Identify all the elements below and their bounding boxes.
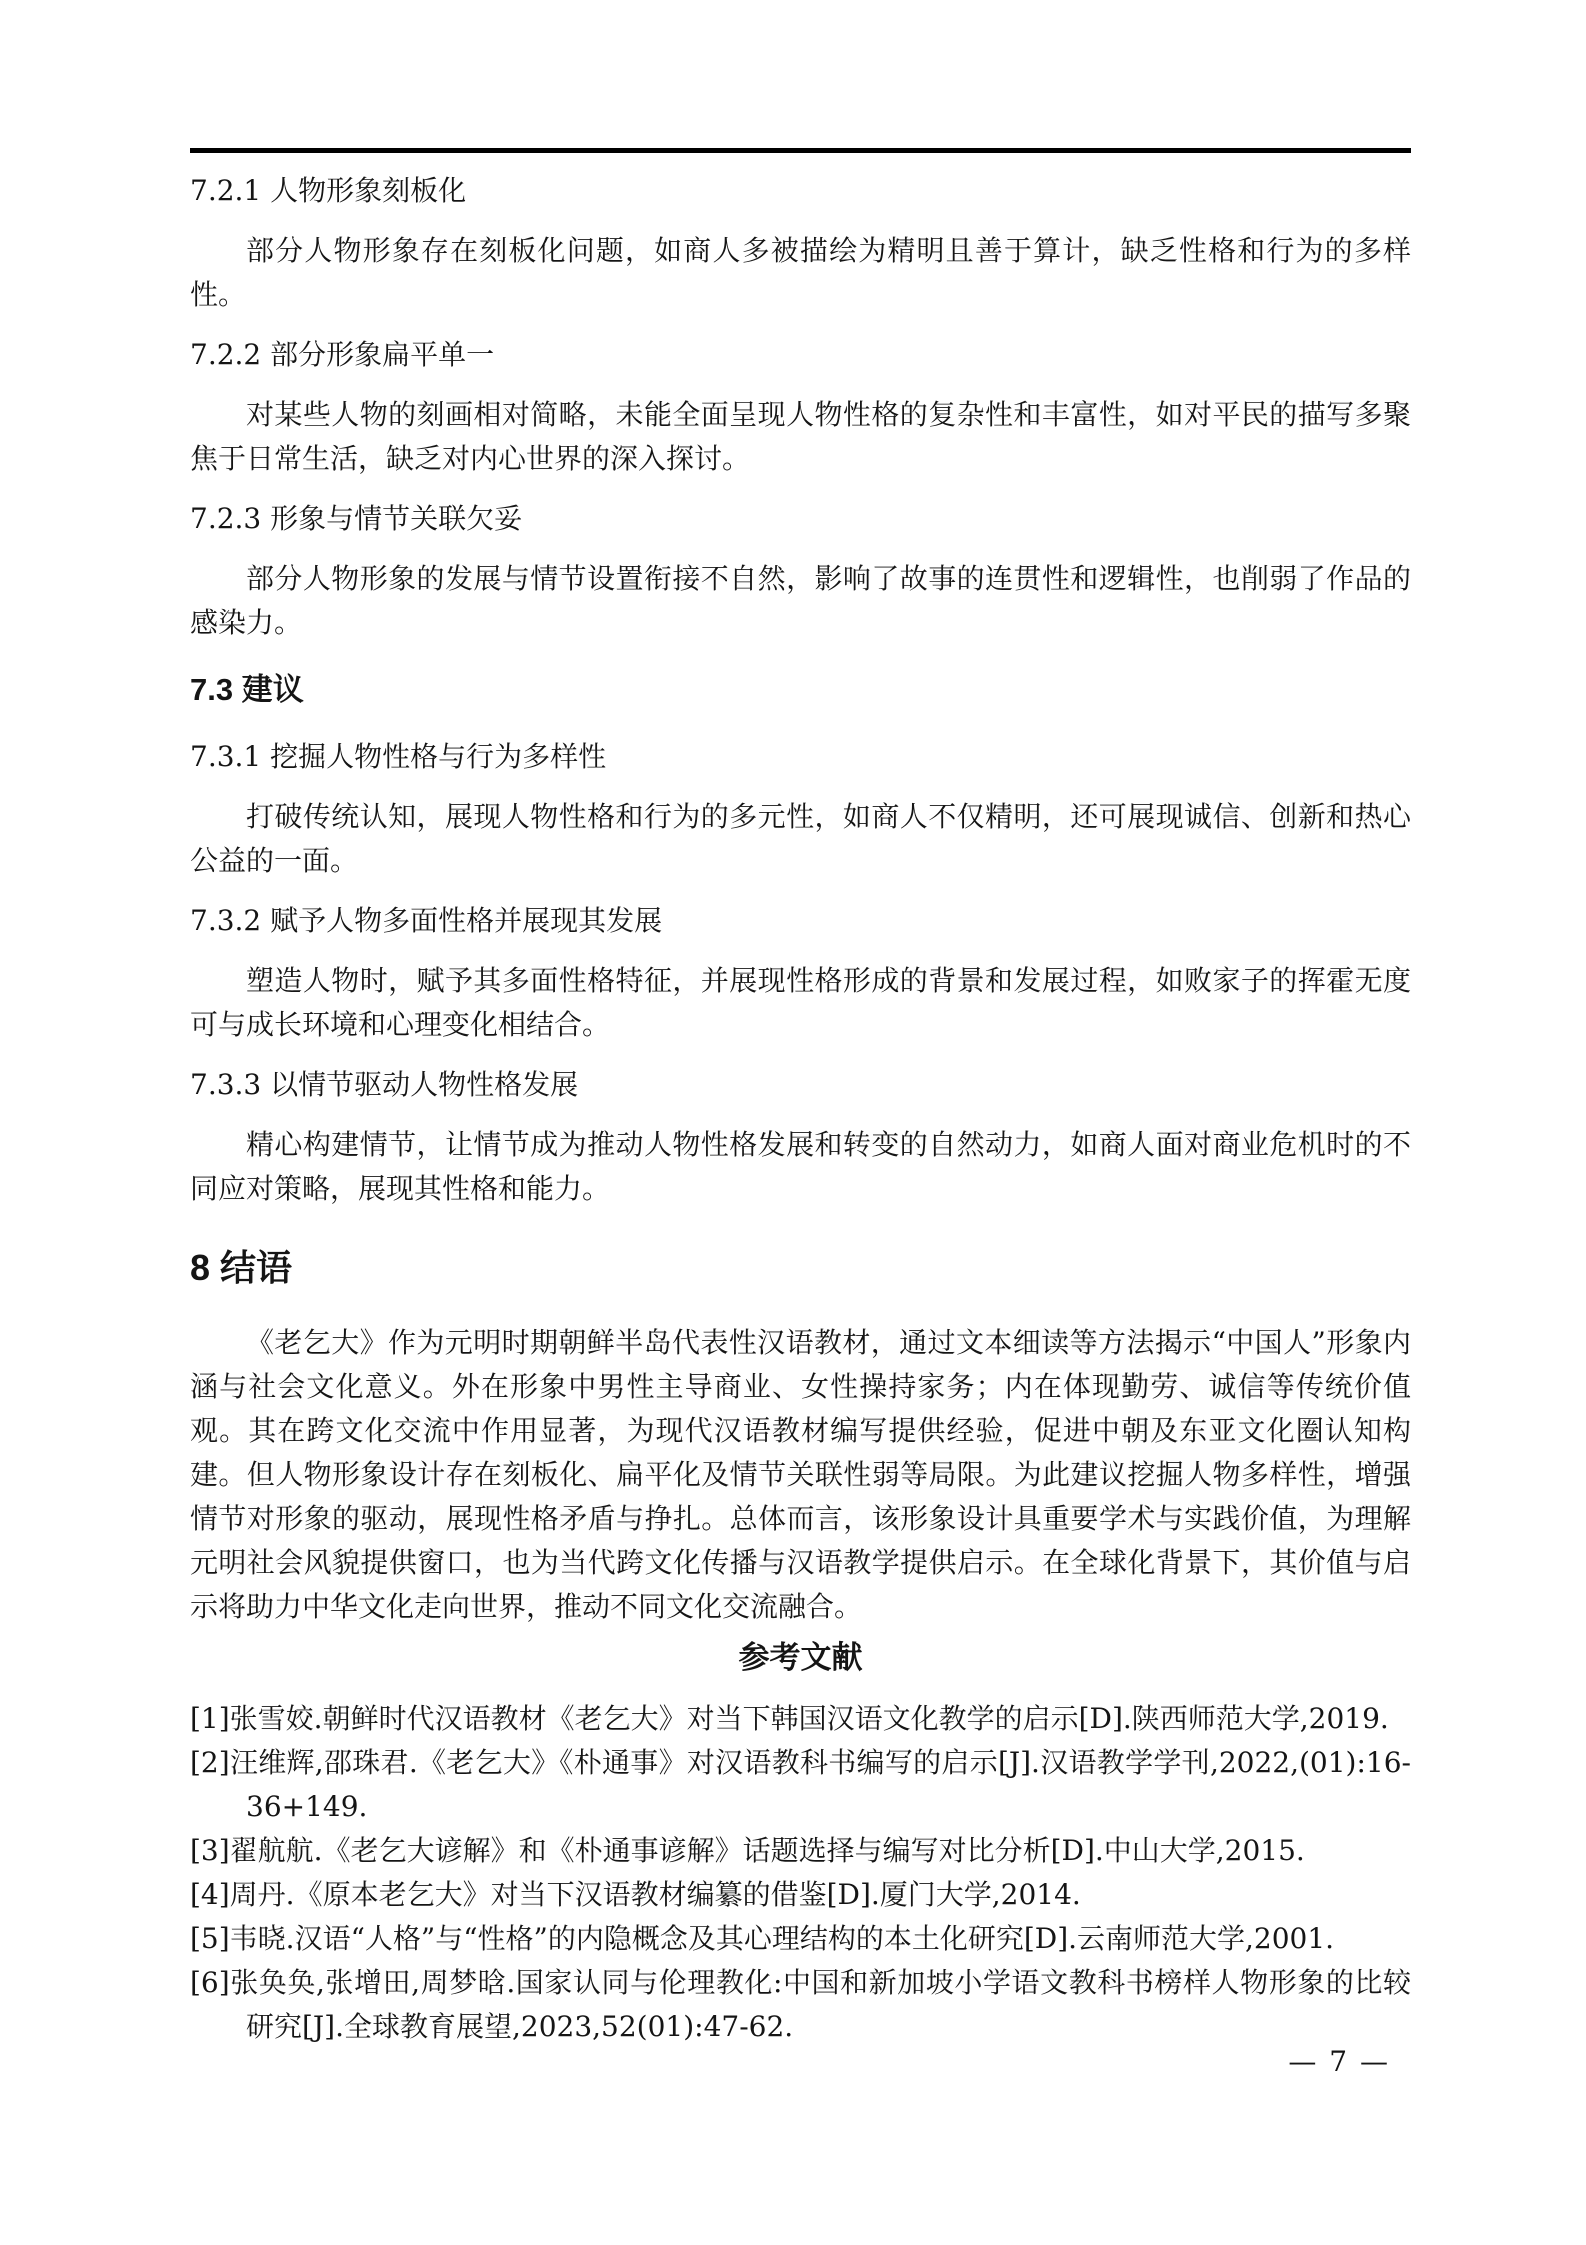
heading-7-3-3: 7.3.3 以情节驱动人物性格发展 xyxy=(190,1063,1411,1107)
heading-7-3: 7.3 建议 xyxy=(190,667,1411,713)
heading-7-3-2: 7.3.2 赋予人物多面性格并展现其发展 xyxy=(190,899,1411,943)
heading-7-2-3: 7.2.3 形象与情节关联欠妥 xyxy=(190,497,1411,541)
heading-7-3-1: 7.3.1 挖掘人物性格与行为多样性 xyxy=(190,735,1411,779)
paragraph-7-2-2: 对某些人物的刻画相对简略，未能全面呈现人物性格的复杂性和丰富性，如对平民的描写多… xyxy=(190,393,1411,481)
conclusion-paragraph: 《老乞大》作为元明时期朝鲜半岛代表性汉语教材，通过文本细读等方法揭示“中国人”形… xyxy=(190,1321,1411,1629)
paragraph-7-3-1: 打破传统认知，展现人物性格和行为的多元性，如商人不仅精明，还可展现诚信、创新和热… xyxy=(190,795,1411,883)
reference-item-1: [1]张雪姣.朝鲜时代汉语教材《老乞大》对当下韩国汉语文化教学的启示[D].陕西… xyxy=(190,1697,1411,1741)
heading-7-2-2: 7.2.2 部分形象扁平单一 xyxy=(190,333,1411,377)
paragraph-7-2-3: 部分人物形象的发展与情节设置衔接不自然，影响了故事的连贯性和逻辑性，也削弱了作品… xyxy=(190,557,1411,645)
document-page: 7.2.1 人物形象刻板化 部分人物形象存在刻板化问题，如商人多被描绘为精明且善… xyxy=(0,0,1586,2245)
paragraph-7-3-2: 塑造人物时，赋予其多面性格特征，并展现性格形成的背景和发展过程，如败家子的挥霍无… xyxy=(190,959,1411,1047)
page-content: 7.2.1 人物形象刻板化 部分人物形象存在刻板化问题，如商人多被描绘为精明且善… xyxy=(190,148,1411,2049)
paragraph-7-2-1: 部分人物形象存在刻板化问题，如商人多被描绘为精明且善于算计，缺乏性格和行为的多样… xyxy=(190,229,1411,317)
reference-item-6: [6]张奂奂,张增田,周梦晗.国家认同与伦理教化:中国和新加坡小学语文教科书榜样… xyxy=(190,1961,1411,2049)
references-title: 参考文献 xyxy=(190,1635,1411,1681)
reference-item-5: [5]韦晓.汉语“人格”与“性格”的内隐概念及其心理结构的本土化研究[D].云南… xyxy=(190,1917,1411,1961)
page-number: — 7 — xyxy=(190,2045,1390,2079)
heading-7-2-1: 7.2.1 人物形象刻板化 xyxy=(190,169,1411,213)
heading-8-conclusion: 8 结语 xyxy=(190,1241,1411,1295)
reference-item-4: [4]周丹.《原本老乞大》对当下汉语教材编纂的借鉴[D].厦门大学,2014. xyxy=(190,1873,1411,1917)
header-rule xyxy=(190,148,1411,153)
reference-item-3: [3]翟航航.《老乞大谚解》和《朴通事谚解》话题选择与编写对比分析[D].中山大… xyxy=(190,1829,1411,1873)
paragraph-7-3-3: 精心构建情节，让情节成为推动人物性格发展和转变的自然动力，如商人面对商业危机时的… xyxy=(190,1123,1411,1211)
reference-item-2: [2]汪维辉,邵珠君.《老乞大》《朴通事》对汉语教科书编写的启示[J].汉语教学… xyxy=(190,1741,1411,1829)
